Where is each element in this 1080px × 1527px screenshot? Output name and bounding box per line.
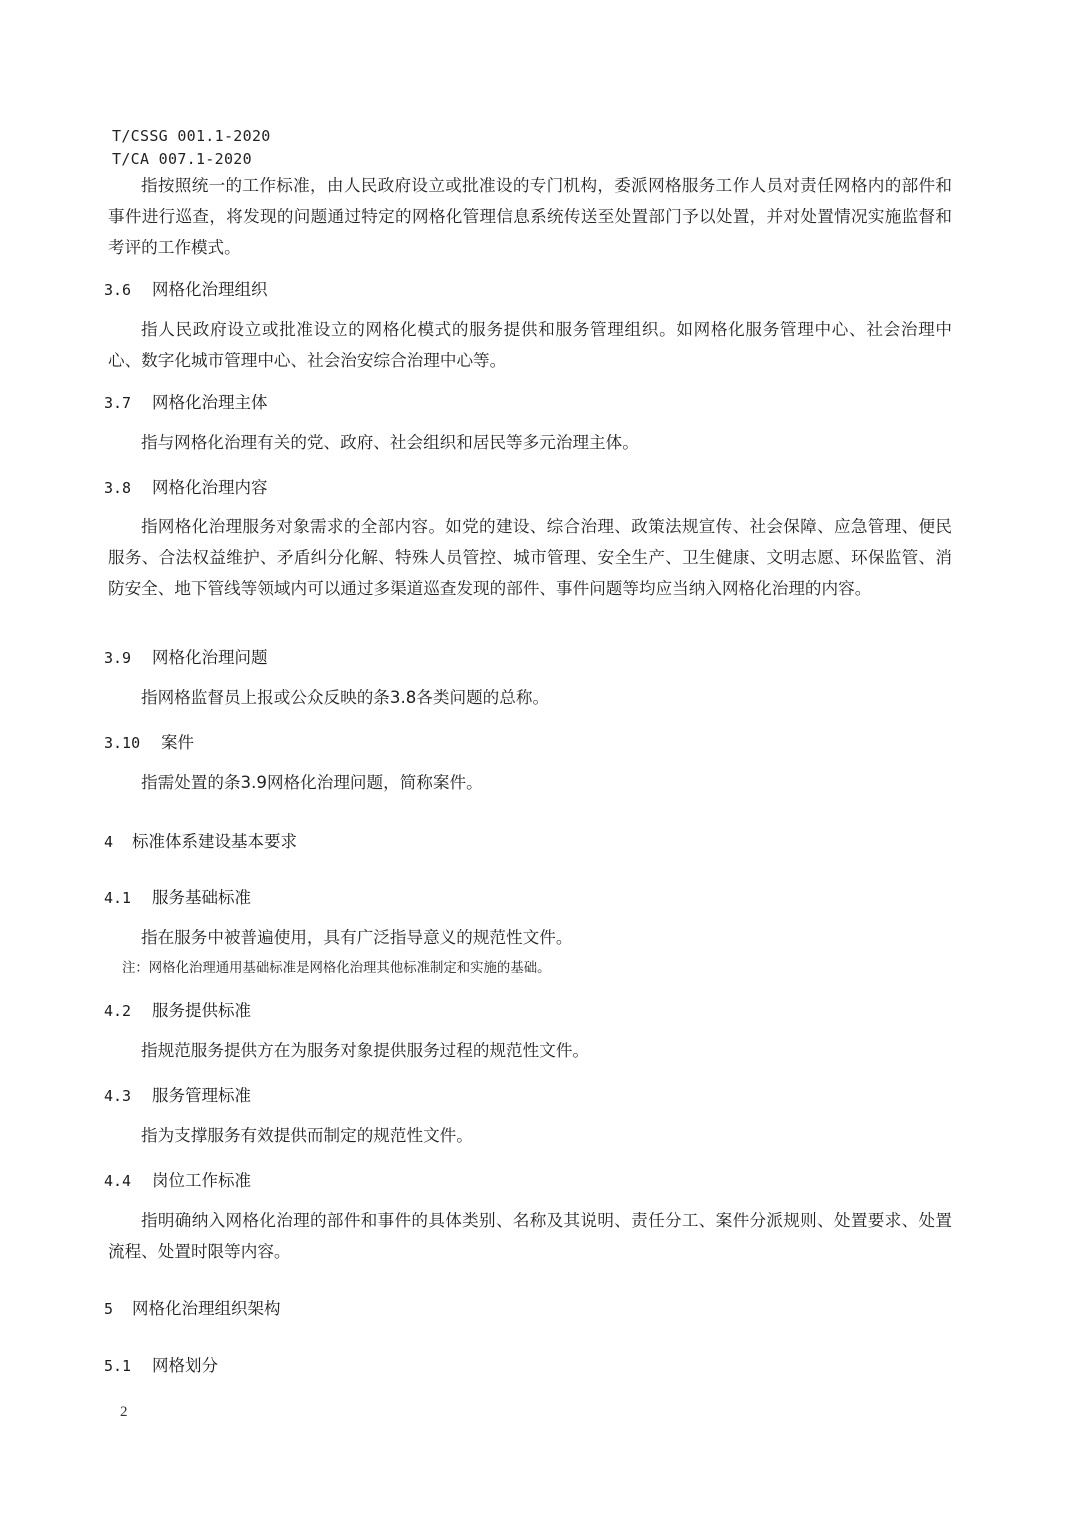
section-title: 网格划分 [152,1357,218,1375]
section-title: 网格化治理主体 [152,394,268,412]
section-number: 5.1 [104,1357,152,1375]
section-body-4-1: 指在服务中被普遍使用，具有广泛指导意义的规范性文件。 [108,922,952,953]
section-number: 4 [104,833,132,851]
section-title: 网格化治理内容 [152,479,268,497]
section-heading-4-1: 4.1服务基础标准 [104,884,251,908]
section-number: 3.7 [104,394,152,412]
section-note-4-1: 注：网格化治理通用基础标准是网格化治理其他标准制定和实施的基础。 [122,957,551,976]
section-heading-3-8: 3.8网格化治理内容 [104,474,268,498]
section-number: 3.9 [104,649,152,667]
section-title: 标准体系建设基本要求 [132,833,297,851]
section-body-3-7: 指与网格化治理有关的党、政府、社会组织和居民等多元治理主体。 [108,427,952,458]
section-number: 4.2 [104,1002,152,1020]
section-heading-4-4: 4.4岗位工作标准 [104,1167,251,1191]
section-heading-5: 5网格化治理组织架构 [104,1295,281,1319]
section-heading-3-10: 3.10案件 [104,729,194,753]
page-number: 2 [120,1404,128,1421]
section-heading-4-2: 4.2服务提供标准 [104,997,251,1021]
section-heading-3-6: 3.6网格化治理组织 [104,276,268,300]
section-number: 4.1 [104,889,152,907]
section-number: 5 [104,1300,132,1318]
section-body-4-2: 指规范服务提供方在为服务对象提供服务过程的规范性文件。 [108,1035,952,1066]
section-title: 服务基础标准 [152,889,251,907]
section-heading-3-7: 3.7网格化治理主体 [104,389,268,413]
section-heading-5-1: 5.1网格划分 [104,1352,218,1376]
section-heading-3-9: 3.9网格化治理问题 [104,644,268,668]
section-body-4-4: 指明确纳入网格化治理的部件和事件的具体类别、名称及其说明、责任分工、案件分派规则… [108,1205,952,1267]
section-heading-4: 4标准体系建设基本要求 [104,828,297,852]
section-title: 网格化治理组织 [152,281,268,299]
section-title: 岗位工作标准 [152,1172,251,1190]
standard-code-1: T/CSSG 001.1-2020 [112,127,271,145]
section-number: 3.6 [104,281,152,299]
section-number: 4.3 [104,1087,152,1105]
section-title: 网格化治理问题 [152,649,268,667]
section-title: 服务提供标准 [152,1002,251,1020]
section-number: 3.8 [104,479,152,497]
section-heading-4-3: 4.3服务管理标准 [104,1082,251,1106]
section-body-3-8: 指网格化治理服务对象需求的全部内容。如党的建设、综合治理、政策法规宣传、社会保障… [108,511,952,604]
section-body-3-9: 指网格监督员上报或公众反映的条3.8各类问题的总称。 [108,682,952,713]
section-title: 网格化治理组织架构 [132,1300,281,1318]
section-title: 服务管理标准 [152,1087,251,1105]
section-body-3-10: 指需处置的条3.9网格化治理问题，简称案件。 [108,767,952,798]
section-number: 3.10 [104,734,161,752]
continuation-paragraph: 指按照统一的工作标准，由人民政府设立或批准设的专门机构，委派网格服务工作人员对责… [108,170,952,263]
section-body-3-6: 指人民政府设立或批准设立的网格化模式的服务提供和服务管理组织。如网格化服务管理中… [108,314,952,376]
standard-code-2: T/CA 007.1-2020 [112,150,252,168]
section-body-4-3: 指为支撑服务有效提供而制定的规范性文件。 [108,1120,952,1151]
section-number: 4.4 [104,1172,152,1190]
section-title: 案件 [161,734,194,752]
